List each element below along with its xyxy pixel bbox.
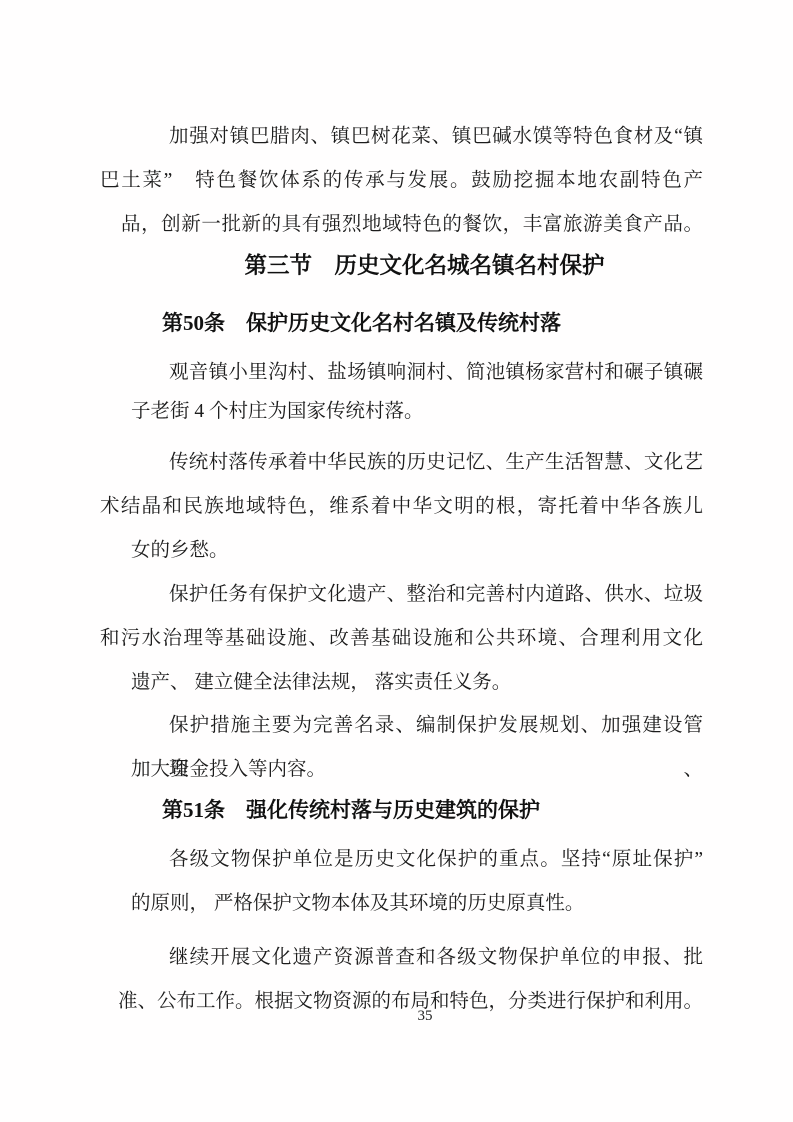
text-line: 各级文物保护单位是历史文化保护的重点。坚持“原址保护”: [100, 838, 703, 882]
text-line: 加强对镇巴腊肉、镇巴树花菜、镇巴碱水馍等特色食材及“镇: [100, 115, 703, 159]
article-heading: 第50条 保护历史文化名村名镇及传统村落: [100, 301, 703, 345]
text-line: 品，创新一批新的具有强烈地域特色的餐饮，丰富旅游美食产品。: [100, 203, 703, 247]
text-line: 传统村落传承着中华民族的历史记忆、生产生活智慧、文化艺: [100, 441, 703, 485]
text-line: 术结晶和民族地域特色，维系着中华文明的根，寄托着中华各族儿: [100, 485, 703, 529]
text-line: 巴土菜” 特色餐饮体系的传承与发展。鼓励挖掘本地农副特色产: [100, 159, 703, 203]
text-line: 保护任务有保护文化遗产、整治和完善村内道路、供水、垃圾: [100, 573, 703, 617]
paragraph: 加强对镇巴腊肉、镇巴树花菜、镇巴碱水馍等特色食材及“镇巴土菜” 特色餐饮体系的传…: [100, 115, 703, 247]
text-line: 继续开展文化遗产资源普查和各级文物保护单位的申报、批: [100, 936, 703, 980]
paragraph: 各级文物保护单位是历史文化保护的重点。坚持“原址保护”的原则， 严格保护文物本体…: [100, 838, 703, 926]
section-heading: 第三节 历史文化名城名镇名村保护: [123, 244, 726, 288]
page-number: 35: [57, 1006, 793, 1026]
text-line: 和污水治理等基础设施、改善基础设施和公共环境、合理利用文化: [100, 617, 703, 661]
text-line: 观音镇小里沟村、盐场镇响洞村、简池镇杨家营村和碾子镇碾: [100, 351, 703, 395]
paragraph: 保护任务有保护文化遗产、整治和完善村内道路、供水、垃圾和污水治理等基础设施、改善…: [100, 573, 703, 705]
text-line: 女的乡愁。: [100, 529, 703, 573]
article-heading: 第51条 强化传统村落与历史建筑的保护: [100, 788, 703, 832]
document-page: 加强对镇巴腊肉、镇巴树花菜、镇巴碱水馍等特色食材及“镇巴土菜” 特色餐饮体系的传…: [0, 0, 793, 1122]
text-line: 保护措施主要为完善名录、编制保护发展规划、加强建设管理、: [100, 704, 703, 748]
paragraph: 传统村落传承着中华民族的历史记忆、生产生活智慧、文化艺术结晶和民族地域特色，维系…: [100, 441, 703, 573]
document-body: 加强对镇巴腊肉、镇巴树花菜、镇巴碱水馍等特色食材及“镇巴土菜” 特色餐饮体系的传…: [100, 115, 703, 1024]
text-line: 的原则， 严格保护文物本体及其环境的历史原真性。: [100, 882, 703, 926]
paragraph: 保护措施主要为完善名录、编制保护发展规划、加强建设管理、加大资金投入等内容。: [100, 704, 703, 792]
paragraph: 观音镇小里沟村、盐场镇响洞村、简池镇杨家营村和碾子镇碾子老街 4 个村庄为国家传…: [100, 351, 703, 434]
text-line: 遗产、 建立健全法律法规， 落实责任义务。: [100, 661, 703, 705]
text-line: 子老街 4 个村庄为国家传统村落。: [100, 390, 703, 434]
